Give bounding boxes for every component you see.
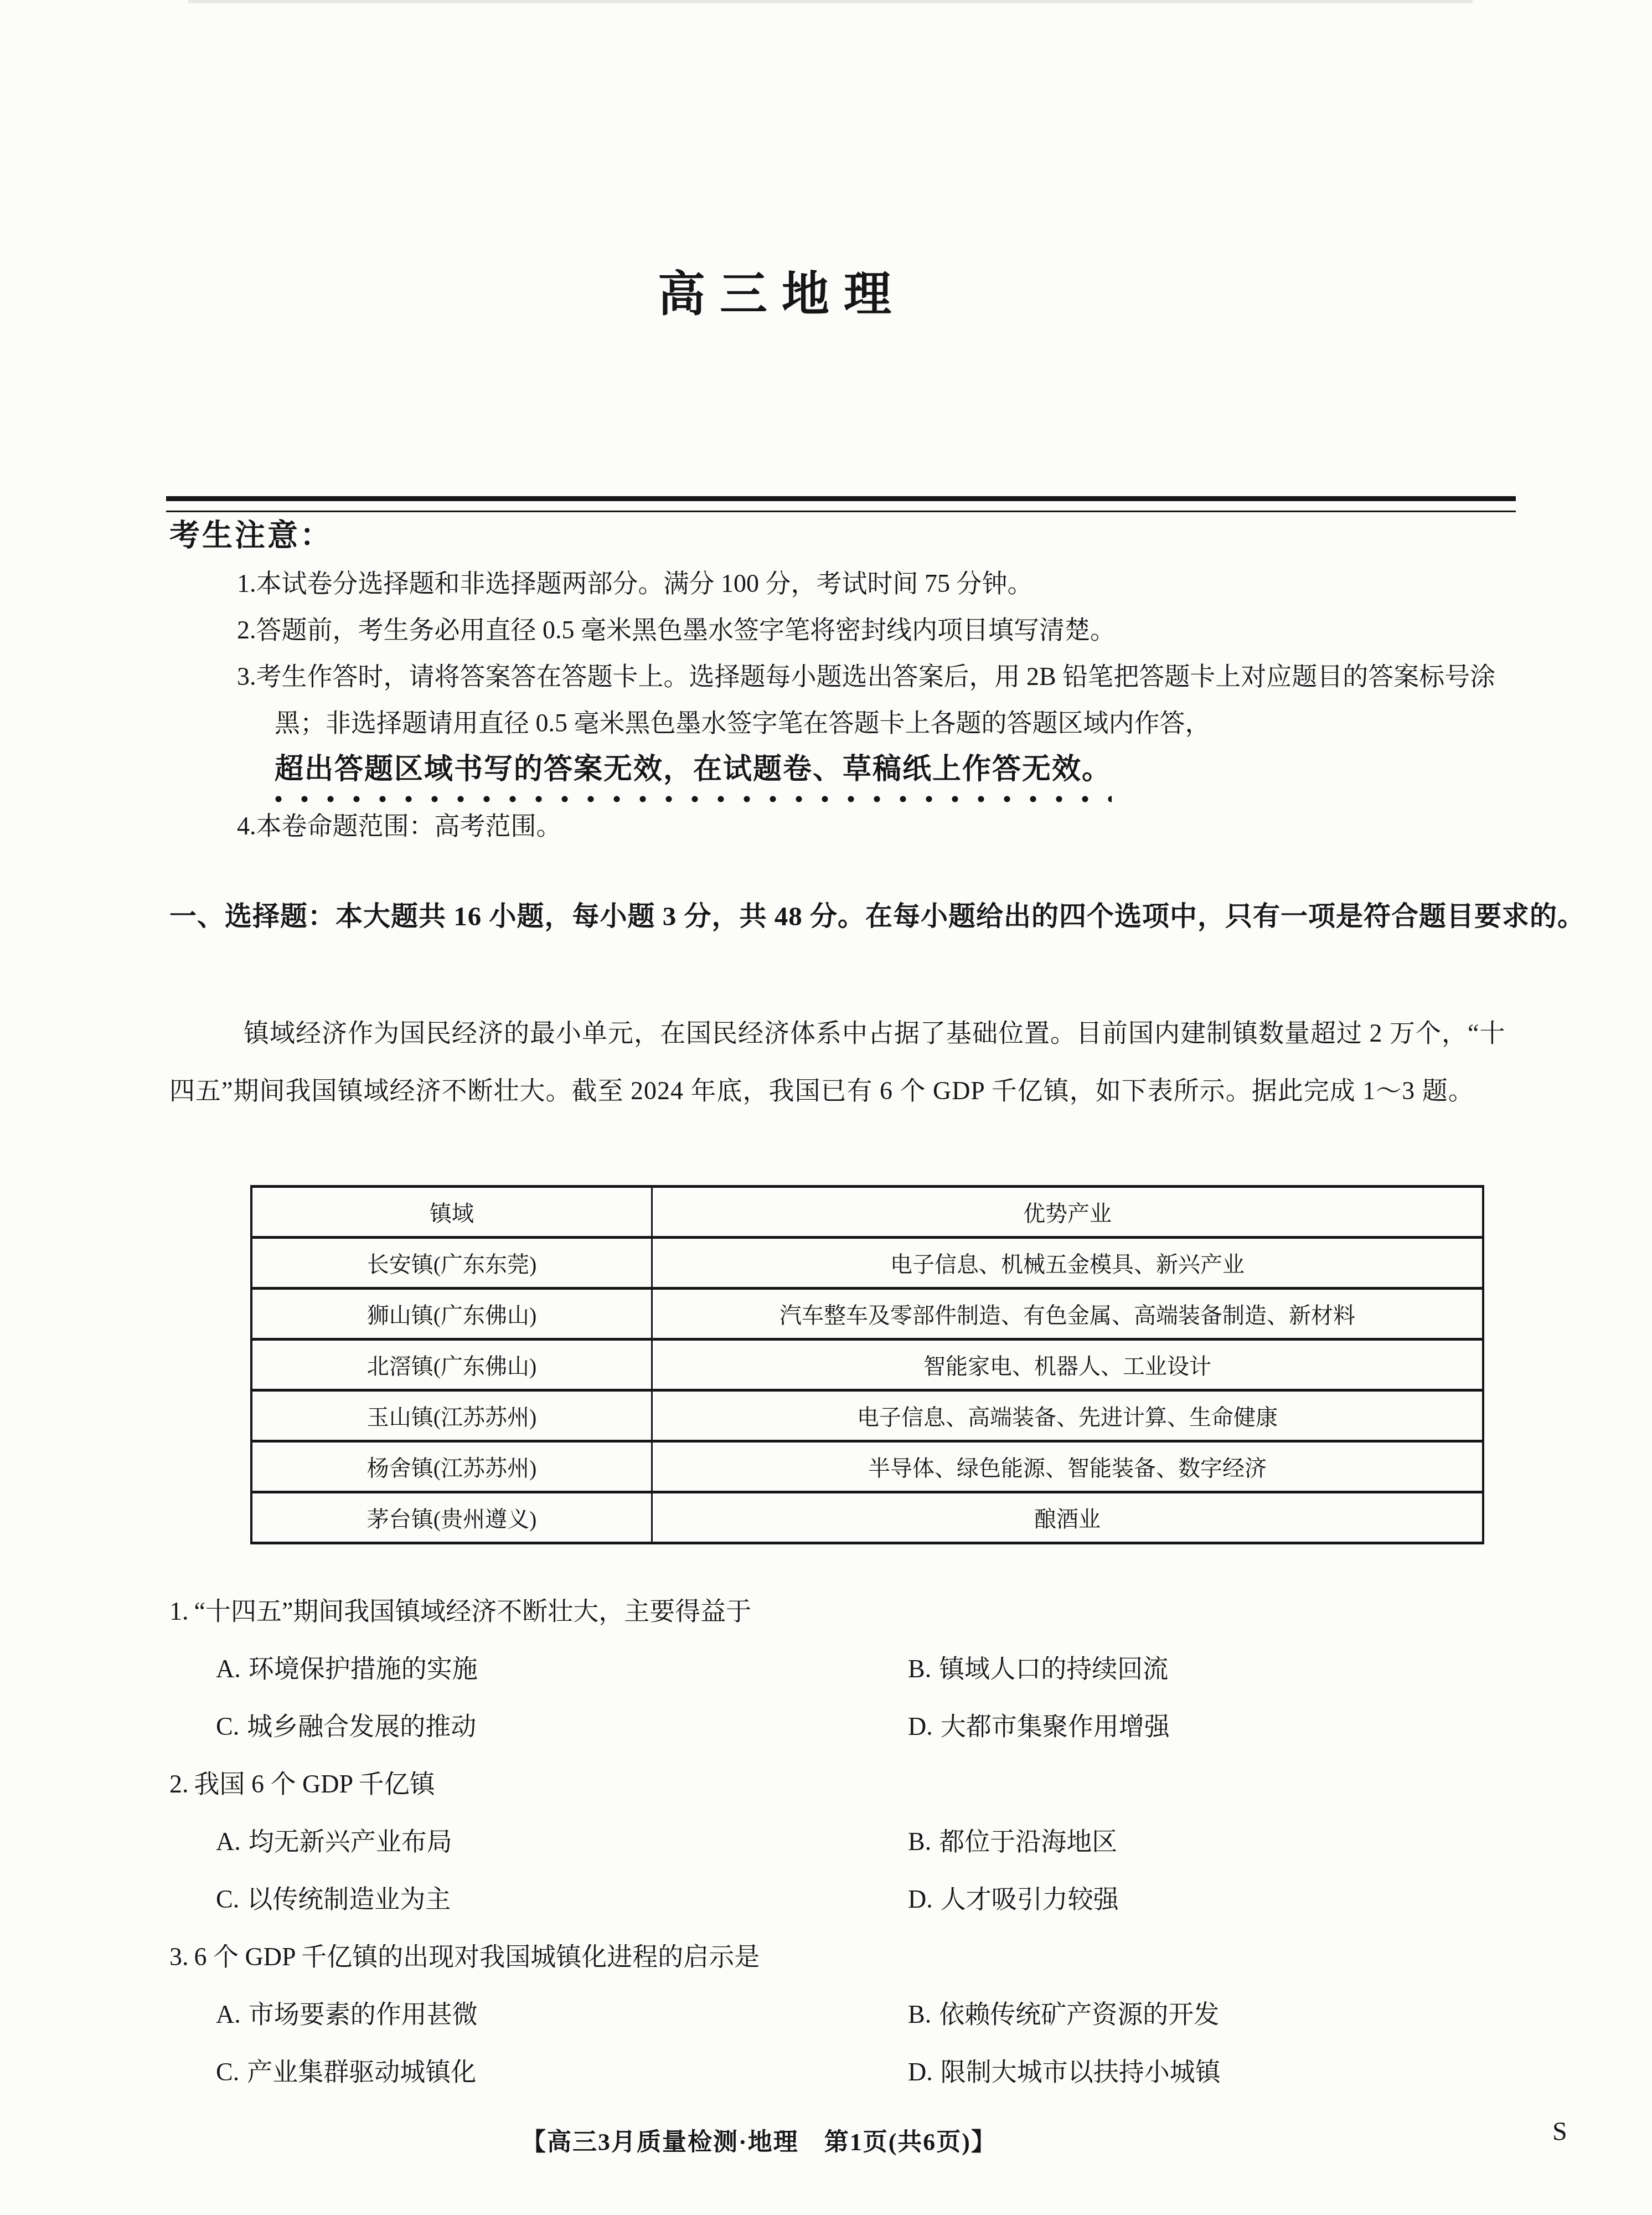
gdp-towns-table: 镇域 优势产业 长安镇(广东东莞) 电子信息、机械五金模具、新兴产业 狮山镇(广… — [250, 1185, 1484, 1544]
notice-item-3-text: 3.考生作答时，请将答案答在答题卡上。选择题每小题选出答案后，用 2B 铅笔把答… — [237, 662, 1495, 737]
option-text: 城乡融合发展的推动 — [247, 1712, 476, 1740]
question-intro: 镇域经济作为国民经济的最小单元，在国民经济体系中占据了基础位置。目前国内建制镇数… — [169, 1005, 1527, 1120]
option-label: D. — [908, 1885, 933, 1913]
option-label: B. — [908, 1655, 931, 1683]
question-3: 3.6 个 GDP 千亿镇的出现对我国城镇化进程的启示是 A.市场要素的作用甚微… — [169, 1928, 1527, 2101]
option-a: A.环境保护措施的实施 — [216, 1640, 908, 1698]
question-number: 1. — [169, 1597, 189, 1625]
option-label: C. — [216, 1712, 239, 1740]
option-d: D.人才吸引力较强 — [908, 1871, 1119, 1928]
question-stem: “十四五”期间我国镇域经济不断壮大，主要得益于 — [194, 1597, 752, 1625]
option-row: C.以传统制造业为主 D.人才吸引力较强 — [169, 1871, 1527, 1928]
industry-cell: 电子信息、机械五金模具、新兴产业 — [652, 1238, 1484, 1289]
option-a: A.市场要素的作用甚微 — [216, 1986, 908, 2043]
question-stem: 6 个 GDP 千亿镇的出现对我国城镇化进程的启示是 — [194, 1943, 760, 1971]
table-header-row: 镇域 优势产业 — [251, 1187, 1483, 1238]
town-cell: 狮山镇(广东佛山) — [251, 1289, 652, 1340]
corner-mark: S — [1552, 2116, 1567, 2147]
option-text: 产业集群驱动城镇化 — [247, 2058, 476, 2086]
option-label: B. — [908, 2000, 931, 2028]
industry-cell: 电子信息、高端装备、先进计算、生命健康 — [652, 1390, 1484, 1441]
notice-items: 1.本试卷分选择题和非选择题两部分。满分 100 分，考试时间 75 分钟。 2… — [237, 560, 1525, 849]
table-row: 茅台镇(贵州遵义) 酿酒业 — [251, 1492, 1483, 1543]
section-heading: 一、选择题：本大题共 16 小题，每小题 3 分，共 48 分。在每小题给出的四… — [169, 887, 1591, 946]
option-row: C.城乡融合发展的推动 D.大都市集聚作用增强 — [169, 1698, 1527, 1755]
option-label: C. — [216, 1885, 239, 1913]
table-row: 玉山镇(江苏苏州) 电子信息、高端装备、先进计算、生命健康 — [251, 1390, 1483, 1441]
option-label: D. — [908, 2058, 933, 2086]
option-label: B. — [908, 1827, 931, 1856]
option-row: C.产业集群驱动城镇化 D.限制大城市以扶持小城镇 — [169, 2043, 1527, 2101]
table-row: 北滘镇(广东佛山) 智能家电、机器人、工业设计 — [251, 1340, 1483, 1390]
town-cell: 茅台镇(贵州遵义) — [251, 1492, 652, 1543]
table-row: 杨舍镇(江苏苏州) 半导体、绿色能源、智能装备、数字经济 — [251, 1441, 1483, 1492]
question-number: 3. — [169, 1943, 189, 1971]
option-c: C.城乡融合发展的推动 — [216, 1698, 908, 1755]
question-1: 1.“十四五”期间我国镇域经济不断壮大，主要得益于 A.环境保护措施的实施 B.… — [169, 1583, 1527, 1755]
option-text: 人才吸引力较强 — [941, 1885, 1119, 1913]
page-title: 高三地理 — [658, 256, 906, 324]
questions-block: 1.“十四五”期间我国镇域经济不断壮大，主要得益于 A.环境保护措施的实施 B.… — [169, 1583, 1527, 2101]
industry-cell: 半导体、绿色能源、智能装备、数字经济 — [652, 1441, 1484, 1492]
town-cell: 长安镇(广东东莞) — [251, 1238, 652, 1289]
notice-item-3: 3.考生作答时，请将答案答在答题卡上。选择题每小题选出答案后，用 2B 铅笔把答… — [237, 653, 1525, 803]
option-text: 均无新兴产业布局 — [249, 1827, 452, 1856]
option-c: C.产业集群驱动城镇化 — [216, 2043, 908, 2101]
question-stem: 我国 6 个 GDP 千亿镇 — [194, 1770, 435, 1798]
notice-emphasis: 超出答题区域书写的答案无效，在试题卷、草稿纸上作答无效。 — [275, 746, 1112, 803]
option-row: A.市场要素的作用甚微 B.依赖传统矿产资源的开发 — [169, 1986, 1527, 2043]
industry-cell: 智能家电、机器人、工业设计 — [652, 1340, 1484, 1390]
exam-page: 高三地理 考生注意： 1.本试卷分选择题和非选择题两部分。满分 100 分，考试… — [0, 0, 1652, 2215]
option-b: B.镇域人口的持续回流 — [908, 1640, 1168, 1698]
notice-item-2: 2.答题前，考生务必用直径 0.5 毫米黑色墨水签字笔将密封线内项目填写清楚。 — [237, 607, 1525, 653]
table-header-town: 镇域 — [251, 1187, 652, 1238]
option-a: A.均无新兴产业布局 — [216, 1813, 908, 1871]
option-d: D.限制大城市以扶持小城镇 — [908, 2043, 1221, 2101]
option-label: D. — [908, 1712, 933, 1740]
town-cell: 玉山镇(江苏苏州) — [251, 1390, 652, 1441]
option-row: A.环境保护措施的实施 B.镇域人口的持续回流 — [169, 1640, 1527, 1698]
option-d: D.大都市集聚作用增强 — [908, 1698, 1170, 1755]
question-number: 2. — [169, 1770, 189, 1798]
table-header-industry: 优势产业 — [652, 1187, 1484, 1238]
page-footer: 【高三3月质量检测·地理 第1页(共6页)】 — [522, 2122, 997, 2157]
notice-item-4: 4.本卷命题范围：高考范围。 — [237, 803, 1525, 849]
option-text: 环境保护措施的实施 — [249, 1655, 478, 1683]
option-label: A. — [216, 2000, 241, 2028]
notice-section: 考生注意： 1.本试卷分选择题和非选择题两部分。满分 100 分，考试时间 75… — [169, 511, 1525, 849]
notice-item-1: 1.本试卷分选择题和非选择题两部分。满分 100 分，考试时间 75 分钟。 — [237, 560, 1525, 607]
question-text: 2.我国 6 个 GDP 千亿镇 — [169, 1755, 1527, 1813]
question-text: 1.“十四五”期间我国镇域经济不断壮大，主要得益于 — [169, 1583, 1527, 1640]
option-label: A. — [216, 1827, 241, 1856]
option-text: 都位于沿海地区 — [939, 1827, 1117, 1856]
option-text: 市场要素的作用甚微 — [249, 2000, 478, 2028]
option-text: 依赖传统矿产资源的开发 — [939, 2000, 1219, 2028]
option-text: 限制大城市以扶持小城镇 — [941, 2058, 1221, 2086]
header-rule — [166, 496, 1516, 512]
question-text: 3.6 个 GDP 千亿镇的出现对我国城镇化进程的启示是 — [169, 1928, 1527, 1986]
option-label: A. — [216, 1655, 241, 1683]
question-2: 2.我国 6 个 GDP 千亿镇 A.均无新兴产业布局 B.都位于沿海地区 C.… — [169, 1755, 1527, 1928]
option-text: 大都市集聚作用增强 — [941, 1712, 1170, 1740]
option-text: 镇域人口的持续回流 — [939, 1655, 1168, 1683]
option-c: C.以传统制造业为主 — [216, 1871, 908, 1928]
industry-cell: 酿酒业 — [652, 1492, 1484, 1543]
table-row: 狮山镇(广东佛山) 汽车整车及零部件制造、有色金属、高端装备制造、新材料 — [251, 1289, 1483, 1340]
table-row: 长安镇(广东东莞) 电子信息、机械五金模具、新兴产业 — [251, 1238, 1483, 1289]
industry-cell: 汽车整车及零部件制造、有色金属、高端装备制造、新材料 — [652, 1289, 1484, 1340]
option-label: C. — [216, 2058, 239, 2086]
option-text: 以传统制造业为主 — [247, 1885, 451, 1913]
option-b: B.都位于沿海地区 — [908, 1813, 1117, 1871]
notice-heading: 考生注意： — [169, 511, 1525, 560]
town-cell: 杨舍镇(江苏苏州) — [251, 1441, 652, 1492]
scan-artifact — [188, 0, 1473, 3]
option-row: A.均无新兴产业布局 B.都位于沿海地区 — [169, 1813, 1527, 1871]
option-b: B.依赖传统矿产资源的开发 — [908, 1986, 1219, 2043]
town-cell: 北滘镇(广东佛山) — [251, 1340, 652, 1390]
